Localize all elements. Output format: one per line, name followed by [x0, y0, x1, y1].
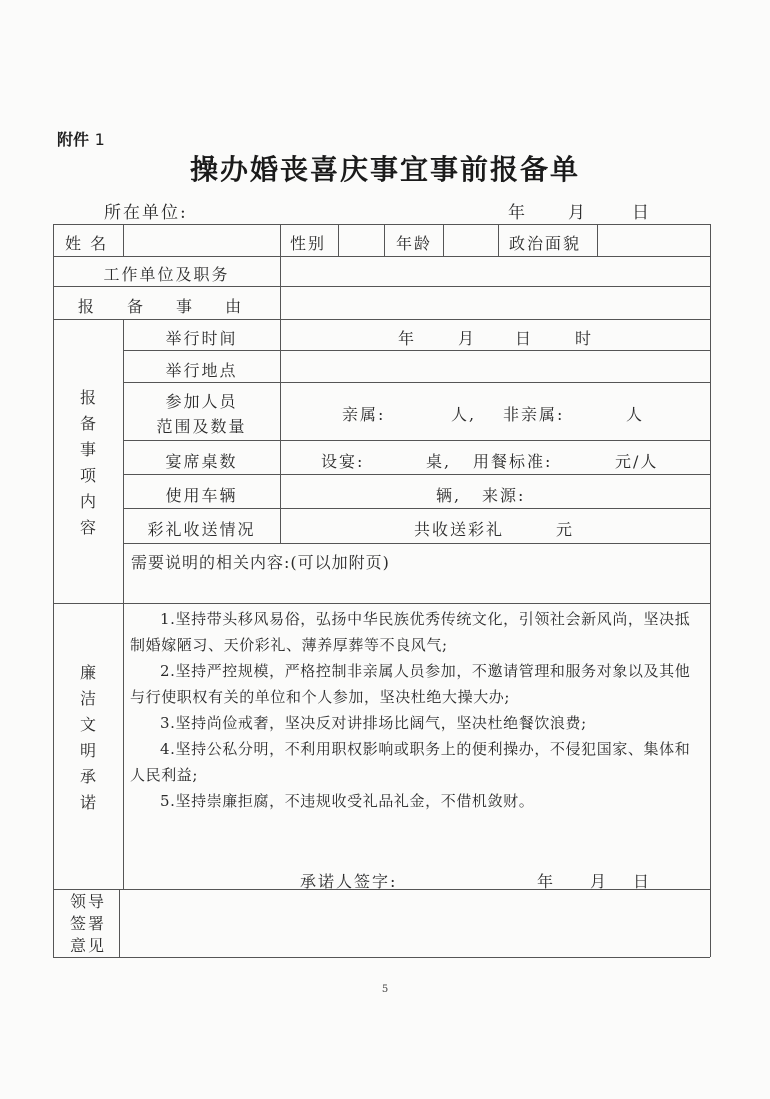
page-number: 5 [0, 984, 770, 995]
notes-label: 需要说明的相关内容:(可以加附页) [131, 550, 390, 573]
side-line: 签署 [60, 913, 116, 935]
bride-price-text: 共收送彩礼 [414, 517, 504, 540]
vehicles-unit: 辆, [436, 483, 461, 506]
side-char: 洁 [78, 686, 98, 712]
relatives-unit: 人, [451, 402, 476, 425]
attachment-number: 1 [95, 130, 105, 149]
section-divider [53, 603, 710, 604]
event-location-field[interactable] [281, 351, 709, 381]
leader-opinion-label: 领导 签署 意见 [60, 891, 116, 957]
meal-standard-label: 用餐标准: [473, 449, 552, 472]
side-char: 承 [78, 764, 98, 790]
age-label: 年龄 [396, 231, 432, 254]
tables-unit: 桌, [426, 449, 451, 472]
vehicles-label: 使用车辆 [123, 483, 280, 506]
vehicles-field[interactable]: 辆, 来源: [281, 475, 709, 507]
side-char: 廉 [78, 660, 98, 686]
event-time-label: 举行时间 [123, 326, 280, 349]
bride-price-label: 彩礼收送情况 [123, 517, 280, 540]
attachment-label: 附件 1 [57, 127, 105, 150]
unit-label: 所在单位: [104, 198, 188, 223]
col-divider [384, 224, 385, 256]
side-char: 事 [78, 437, 98, 463]
event-location-label: 举行地点 [123, 358, 280, 381]
side-char: 文 [78, 712, 98, 738]
hour-unit: 时 [575, 326, 593, 349]
side-char: 内 [78, 489, 98, 515]
pledge-item: 1.坚持带头移风易俗，弘扬中华民族优秀传统文化，引领社会新风尚，坚决抵制婚嫁陋习… [130, 606, 705, 658]
col-divider [498, 224, 499, 256]
page-title: 操办婚丧喜庆事宜事前报备单 [0, 148, 770, 188]
attendees-label-line2: 范围及数量 [123, 414, 280, 437]
attachment-text: 附件 [57, 130, 89, 149]
side-line: 意见 [60, 935, 116, 957]
side-char: 容 [78, 515, 98, 541]
side-char: 诺 [78, 790, 98, 816]
political-status-label: 政治面貌 [509, 231, 581, 254]
work-unit-label: 工作单位及职务 [53, 262, 280, 285]
name-field[interactable] [124, 225, 279, 255]
nonrelatives-unit: 人 [626, 402, 644, 425]
gender-field[interactable] [339, 225, 383, 255]
notes-field[interactable]: 需要说明的相关内容:(可以加附页) [124, 544, 709, 602]
header-date-day: 日 [632, 198, 649, 223]
banquet-tables-label: 宴席桌数 [123, 449, 280, 472]
pledge-text: 1.坚持带头移风易俗，弘扬中华民族优秀传统文化，引领社会新风尚，坚决抵制婚嫁陋习… [130, 606, 705, 814]
pledge-item: 5.坚持崇廉拒腐，不违规收受礼品礼金，不借机敛财。 [130, 788, 705, 814]
day-unit: 日 [515, 326, 533, 349]
side-char: 项 [78, 463, 98, 489]
side-char: 明 [78, 738, 98, 764]
table-border-bottom [53, 957, 710, 958]
side-line: 领导 [60, 891, 116, 913]
political-status-field[interactable] [598, 225, 709, 255]
report-reason-field[interactable] [281, 287, 709, 318]
banquet-field[interactable]: 设宴: 桌, 用餐标准: 元/人 [281, 441, 709, 473]
age-field[interactable] [444, 225, 497, 255]
signature-field[interactable] [405, 864, 525, 886]
report-section-label: 报 备 事 项 内 容 [78, 385, 98, 541]
gender-label: 性别 [290, 231, 326, 254]
meal-standard-unit: 元/人 [615, 449, 658, 472]
pledge-item: 3.坚持尚俭戒奢，坚决反对讲排场比阔气，坚决杜绝餐饮浪费; [130, 710, 705, 736]
pledge-item: 2.坚持严控规模，严格控制非亲属人员参加，不邀请管理和服务对象以及其他与行使职权… [130, 658, 705, 710]
header-date-year: 年 [508, 198, 525, 223]
table-border-right [710, 224, 711, 957]
month-unit: 月 [458, 326, 476, 349]
pledge-date-month: 月 [590, 869, 608, 892]
relatives-label: 亲属: [342, 402, 385, 425]
name-label: 姓 名 [65, 231, 108, 254]
work-unit-field[interactable] [281, 257, 709, 285]
side-char: 备 [78, 411, 98, 437]
bride-price-field[interactable]: 共收送彩礼 元 [281, 509, 709, 542]
pledge-date-year: 年 [537, 869, 555, 892]
pledge-item: 4.坚持公私分明，不利用职权影响或职务上的便利操办，不侵犯国家、集体和人民利益; [130, 736, 705, 788]
report-reason-label: 报 备 事 由 [53, 294, 280, 317]
signature-label: 承诺人签字: [300, 869, 397, 892]
vehicle-source-label: 来源: [482, 483, 525, 506]
event-time-field[interactable]: 年 月 日 时 [281, 320, 709, 349]
attendees-label-line1: 参加人员 [123, 389, 280, 412]
attendees-field[interactable]: 亲属: 人, 非亲属: 人 [281, 383, 709, 439]
pledge-date-day: 日 [633, 869, 651, 892]
year-unit: 年 [398, 326, 416, 349]
table-border-left [53, 224, 54, 957]
leader-opinion-field[interactable] [120, 890, 709, 956]
bride-price-unit: 元 [556, 517, 574, 540]
nonrelatives-label: 非亲属: [503, 402, 564, 425]
pledge-section-label: 廉 洁 文 明 承 诺 [78, 660, 98, 816]
header-date-month: 月 [568, 198, 585, 223]
tables-label: 设宴: [321, 449, 364, 472]
side-char: 报 [78, 385, 98, 411]
